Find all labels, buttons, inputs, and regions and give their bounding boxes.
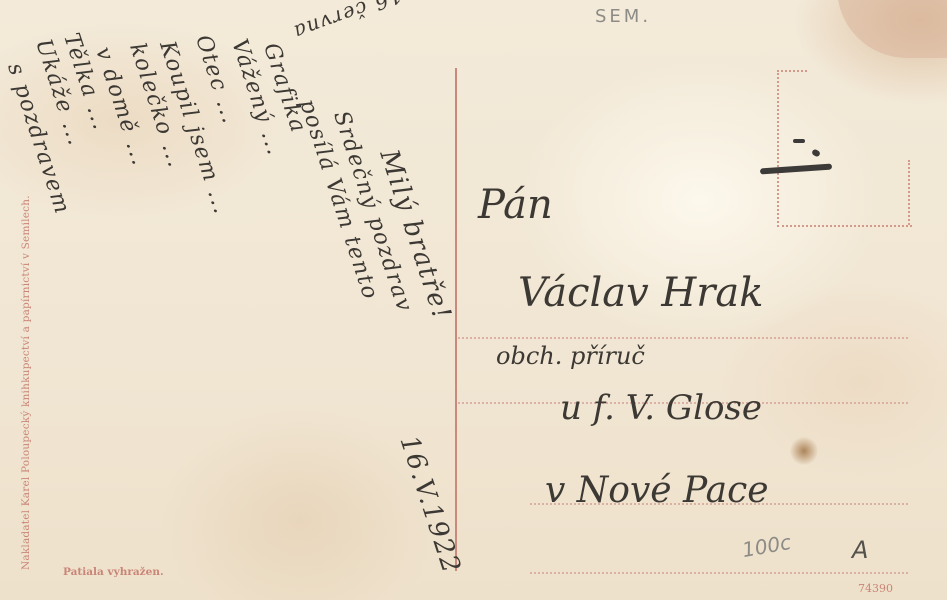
address-town: v Nové Pace [545,470,769,511]
publisher-imprint: Nakladatel Karel Poloupecký knihkupectví… [20,195,32,570]
address-occupation: obch. příruč [496,342,645,370]
pencil-price: 100c [740,530,793,562]
address-line-4 [530,572,908,574]
address-line-1 [458,337,908,339]
stamp-box [777,70,912,227]
postcard: Nakladatel Karel Poloupecký knihkupectví… [0,0,947,600]
ink-stain [790,436,818,466]
rights-notice: Patiala vyhražen. [63,566,164,578]
address-salutation: Pán [478,182,553,228]
address-recipient-name: Václav Hrak [518,270,764,316]
postmark-fragment [793,139,805,143]
address-firm: u f. V. Glose [560,388,762,428]
serial-number: 74390 [858,582,893,595]
stamp-box-top-edge [777,70,807,72]
pencil-grade: A [852,536,868,564]
pencil-note-sem: SEM. [595,6,651,27]
worn-corner [837,0,947,58]
center-divider-line [455,68,457,571]
message-top-note: 16 června [290,0,405,45]
stamp-box-right-edge [908,160,910,225]
